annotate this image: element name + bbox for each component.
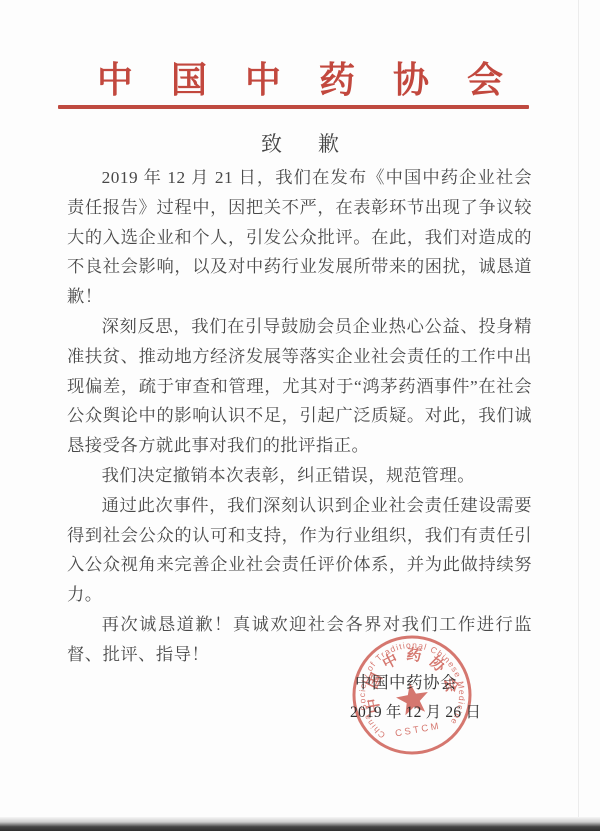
signature-date: 2019 年 12 月 26 日 [350,700,481,722]
org-name-header: 中国中药协会 [0,52,600,103]
page-edge-line [578,0,579,818]
letter-title: 致歉 [0,128,600,158]
letter-body: 2019 年 12 月 21 日，我们在发布《中国中药企业社会责任报告》过程中，… [67,163,532,670]
paragraph-2: 深刻反思，我们在引导鼓励会员企业热心公益、投身精准扶贫、推动地方经济发展等落实企… [67,312,532,461]
header-divider-rule [58,105,529,109]
paragraph-3: 我们决定撤销本次表彰，纠正错误，规范管理。 [67,461,532,491]
paragraph-4: 通过此次事件，我们深刻认识到企业社会责任建设需要得到社会公众的认可和支持，作为行… [67,491,532,610]
photo-edge-shadow [0,817,600,831]
document-page: 中国中药协会 致歉 2019 年 12 月 21 日，我们在发布《中国中药企业社… [0,0,600,831]
official-seal-stamp: China Society of Traditional Chinese Med… [327,610,497,780]
paragraph-1: 2019 年 12 月 21 日，我们在发布《中国中药企业社会责任报告》过程中，… [67,163,532,312]
signature-org-name: 中国中药协会 [355,669,457,693]
seal-acronym-text: CSTCM [394,721,441,740]
